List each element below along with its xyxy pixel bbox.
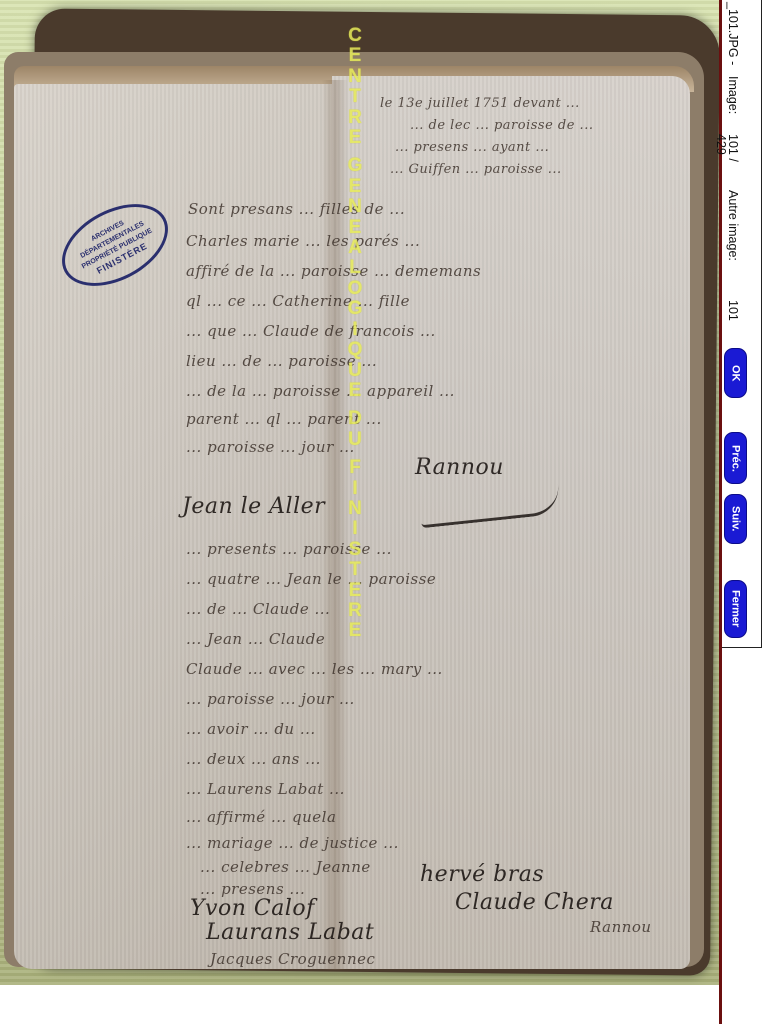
signature: Yvon Calof bbox=[190, 896, 315, 921]
signature: Claude Chera bbox=[455, 890, 614, 915]
signature: Rannou bbox=[590, 918, 652, 936]
watermark-letter: L bbox=[349, 258, 361, 278]
handwriting-line: ... presens ... ayant ... bbox=[395, 140, 549, 155]
handwriting-line: ... avoir ... du ... bbox=[186, 720, 316, 738]
handwriting-line: ... deux ... ans ... bbox=[186, 750, 321, 768]
handwriting-line: ... de lec ... paroisse de ... bbox=[410, 118, 593, 133]
watermark-letter: I bbox=[352, 479, 357, 499]
watermark-letter: N bbox=[348, 197, 362, 217]
signature: Rannou bbox=[415, 455, 504, 480]
handwriting-line: ... de la ... paroisse ... appareil ... bbox=[186, 382, 455, 400]
watermark-letter: U bbox=[348, 430, 362, 450]
handwriting-line: ... affirmé ... quela bbox=[186, 808, 336, 826]
handwriting-line: Charles marie ... les parés ... bbox=[186, 232, 420, 250]
navigation-panel: _101.JPG - Image: 101 / 429 Autre image:… bbox=[722, 0, 762, 648]
handwriting-line: ... Guiffen ... paroisse ... bbox=[390, 162, 562, 177]
watermark-letter: U bbox=[348, 361, 362, 381]
handwriting-line: ... celebres ... Jeanne bbox=[200, 858, 371, 876]
signature: Jacques Croguennec bbox=[210, 950, 375, 968]
watermark-letter: E bbox=[349, 128, 362, 148]
signature: Jean le Aller bbox=[182, 494, 325, 519]
handwriting-line: ... Laurens Labat ... bbox=[186, 780, 345, 798]
document-image-viewer: ARCHIVES DÉPARTEMENTALES PROPRIÉTÉ PUBLI… bbox=[0, 0, 719, 985]
watermark-letter: G bbox=[348, 156, 363, 176]
watermark-letter: O bbox=[348, 279, 363, 299]
handwriting-line: Claude ... avec ... les ... mary ... bbox=[186, 660, 443, 678]
ok-button[interactable]: OK bbox=[724, 348, 747, 398]
watermark-letter: C bbox=[348, 26, 362, 46]
other-image-label: Autre image: bbox=[726, 190, 740, 261]
handwriting-line: ... que ... Claude de francois ... bbox=[186, 322, 436, 340]
watermark-letter: Q bbox=[348, 340, 363, 360]
handwriting-line: ... de ... Claude ... bbox=[186, 600, 330, 618]
handwriting-line: le 13e juillet 1751 devant ... bbox=[380, 96, 580, 111]
next-button[interactable]: Suiv. bbox=[724, 494, 747, 544]
watermark-letter: T bbox=[349, 87, 361, 107]
watermark-letter: G bbox=[348, 299, 363, 319]
watermark-letter: I bbox=[352, 320, 357, 340]
image-label: Image: bbox=[726, 76, 740, 114]
watermark-letter: E bbox=[349, 46, 362, 66]
watermark-letter: E bbox=[349, 381, 362, 401]
watermark-letter: E bbox=[349, 621, 362, 641]
handwriting-line: ... paroisse ... jour ... bbox=[186, 438, 355, 456]
watermark-letter: D bbox=[348, 409, 362, 429]
handwriting-line: affiré de la ... paroisse ... dememans bbox=[186, 262, 481, 280]
image-index: 101 / bbox=[726, 134, 740, 162]
previous-button[interactable]: Préc. bbox=[724, 432, 747, 484]
image-total: 429 bbox=[714, 134, 728, 155]
watermark-letter: S bbox=[349, 540, 362, 560]
handwriting-line: ... Jean ... Claude bbox=[186, 630, 325, 648]
watermark-letter: I bbox=[352, 519, 357, 539]
signature: Laurans Labat bbox=[206, 920, 374, 945]
handwriting-line: ql ... ce ... Catherine ... fille bbox=[186, 292, 410, 310]
watermark-letter: N bbox=[348, 67, 362, 87]
filename-label: _101.JPG - bbox=[726, 2, 740, 65]
handwriting-line: ... paroisse ... jour ... bbox=[186, 690, 355, 708]
watermark-letter: E bbox=[349, 581, 362, 601]
watermark-letter: E bbox=[349, 218, 362, 238]
handwriting-line: ... quatre ... Jean le ... paroisse bbox=[186, 570, 436, 588]
handwriting-line: Sont presans ... filles de ... bbox=[188, 200, 405, 218]
handwriting-line: ... mariage ... de justice ... bbox=[186, 834, 399, 852]
watermark-letter: A bbox=[348, 238, 362, 258]
watermark-letter: F bbox=[349, 458, 361, 478]
watermark-letter: R bbox=[348, 108, 362, 128]
watermark-letter: E bbox=[349, 177, 362, 197]
watermark-letter: R bbox=[348, 601, 362, 621]
watermark-letter: T bbox=[349, 560, 361, 580]
watermark-centre-genealogique: CENTRE GENEALOGIQUE DU FINISTERE bbox=[343, 26, 367, 642]
watermark-letter: N bbox=[348, 499, 362, 519]
other-image-input[interactable]: 101 bbox=[726, 300, 740, 321]
close-button[interactable]: Fermer bbox=[724, 580, 747, 638]
signature: hervé bras bbox=[420, 862, 544, 887]
